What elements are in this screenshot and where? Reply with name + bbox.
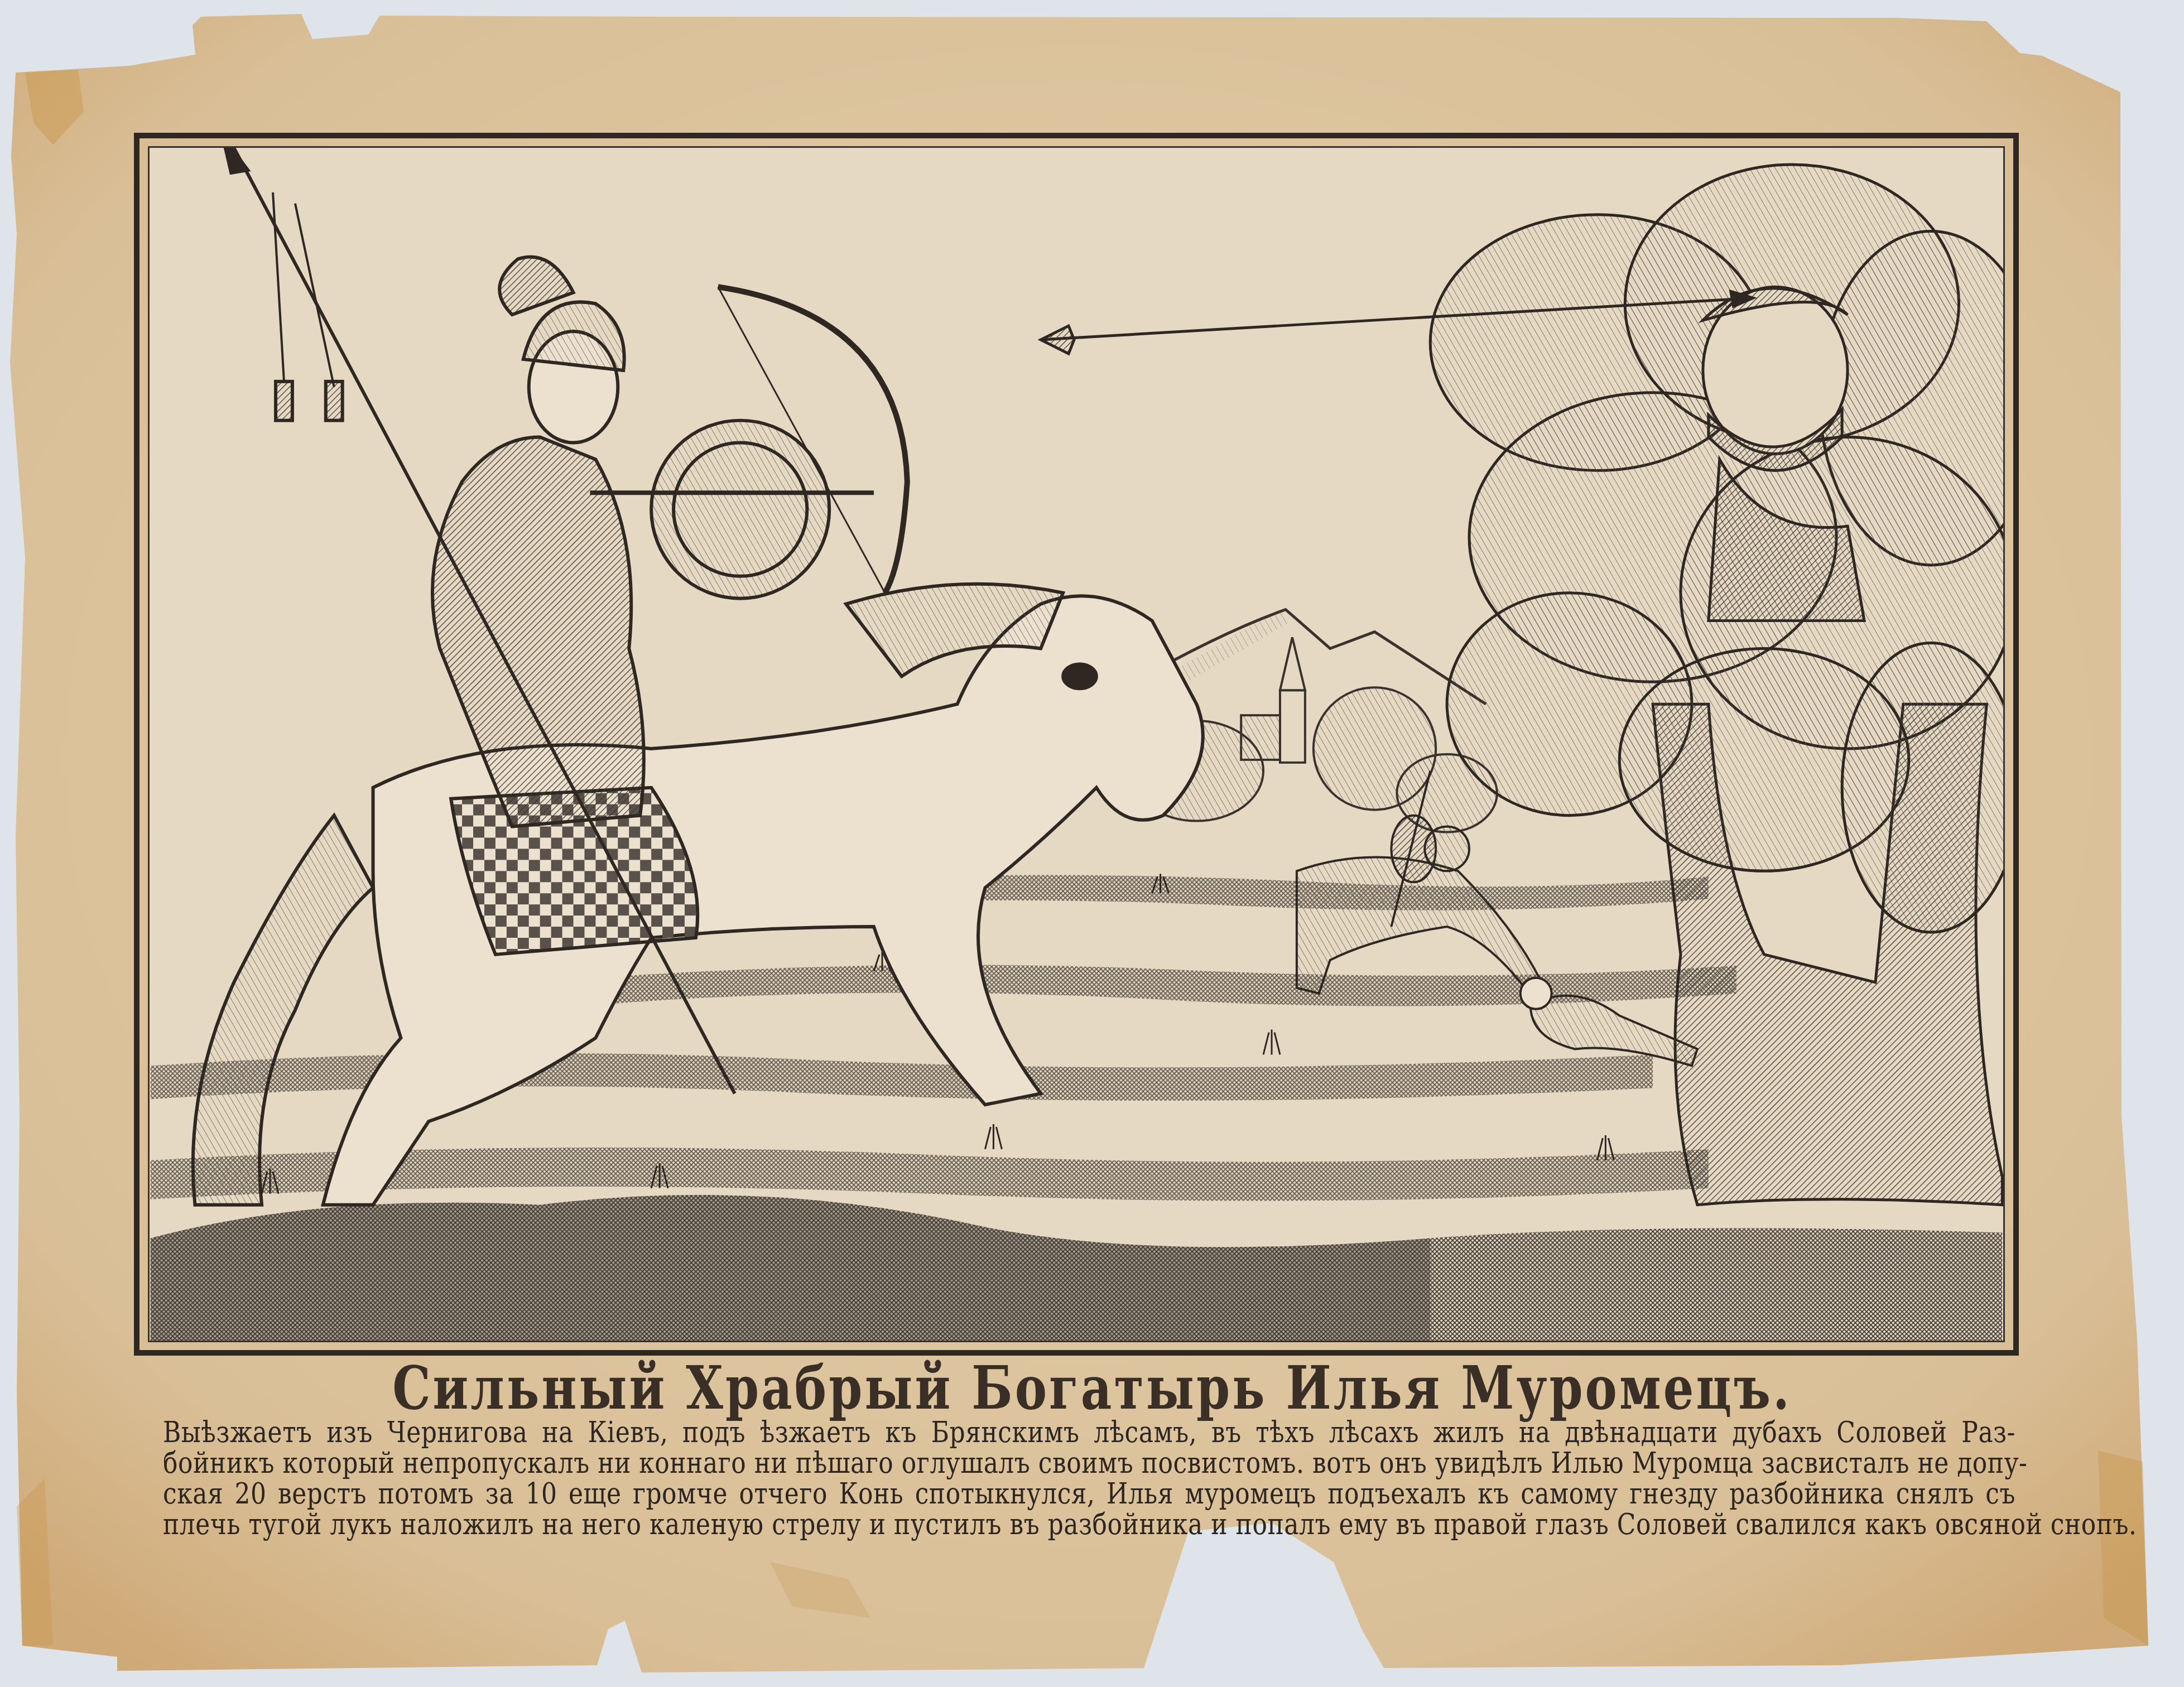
print-title: Сильный Храбрый Богатырь Илья Муромецъ. [0,1353,2184,1423]
caption-line: плечь тугой лукъ наложилъ на него калену… [163,1506,2015,1543]
shield [651,421,829,599]
illustration-frame [148,146,2005,1342]
woodcut-illustration [150,148,2003,1341]
caption-text: Выѣзжаетъ изъ Чернигова на Кіевъ, подъ ѣ… [163,1414,2015,1537]
